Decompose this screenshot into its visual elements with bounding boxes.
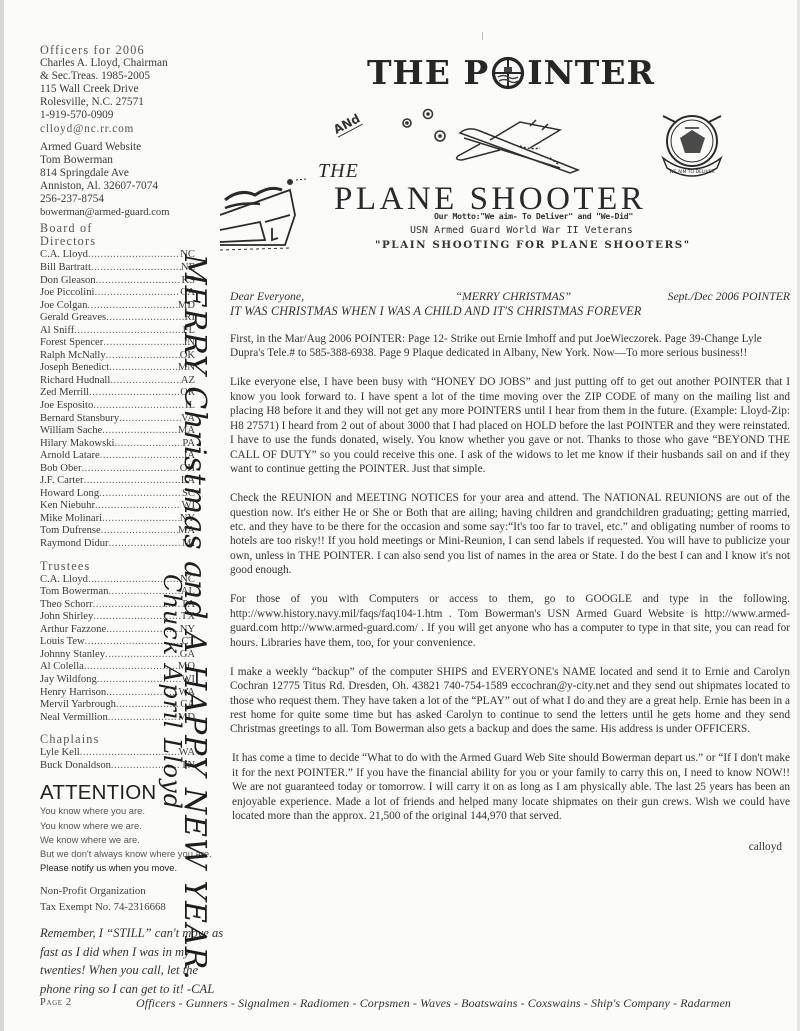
scan-mark: [482, 32, 483, 40]
plane-shooter-the: THE: [318, 160, 359, 183]
member-name: Gerald Greaves: [40, 312, 106, 325]
paragraph-corrections: First, in the Mar/Aug 2006 POINTER: Page…: [230, 332, 790, 361]
signoff: calloyd: [230, 840, 790, 854]
masthead-title: THE P INTER: [367, 53, 655, 92]
paragraph-computers: For those of you with Computers or acces…: [230, 592, 790, 650]
website-line: Armed Guard Website: [40, 141, 195, 154]
greeting: Dear Everyone,: [230, 290, 304, 304]
leader-dots: [96, 275, 182, 288]
member-name: Johnny Stanley: [40, 649, 105, 662]
website-block: Armed Guard Website Tom Bowerman 814 Spr…: [40, 141, 195, 220]
member-name: Louis Tew: [40, 636, 85, 649]
member-name: Mike Molinari: [40, 513, 102, 526]
roster-row: Howard LongSC: [40, 488, 195, 501]
roster-row: Zed MerrillOR: [40, 387, 195, 400]
member-name: Ken Niebuhr: [40, 500, 95, 513]
officer-line: 115 Wall Creek Drive: [40, 83, 195, 96]
member-name: Bernard Stansbury: [40, 413, 119, 426]
paragraph-honey-do: Like everyone else, I have been busy wit…: [230, 375, 790, 476]
greeting-row: Dear Everyone, “MERRY CHRISTMAS” Sept./D…: [230, 290, 790, 304]
roster-row: William SacheMA: [40, 425, 195, 438]
member-name: Forest Spencer: [40, 337, 103, 350]
roster-row: Ken NiebuhrWI: [40, 500, 195, 513]
roster-row: Ralph McNallyOK: [40, 350, 195, 363]
handwritten-note: MERRY Christmas and A HAPPY NEW YEAR. Ch…: [212, 254, 213, 255]
letter-subhead: IT WAS CHRISTMAS WHEN I WAS A CHILD AND …: [230, 304, 790, 319]
armed-guard-emblem-icon: WE AIM TO DELIVER: [655, 108, 730, 188]
nonprofit-block: Non-Profit Organization Tax Exempt No. 7…: [40, 884, 195, 915]
leader-dots: [106, 350, 180, 363]
leader-dots: [109, 362, 178, 375]
member-name: Buck Donaldson: [40, 760, 111, 773]
masthead-title-left: THE P: [367, 53, 489, 92]
page-number: Page 2: [40, 997, 72, 1008]
member-name: Ralph McNally: [40, 350, 106, 363]
roster-row: Raymond DidurMI: [40, 538, 195, 551]
member-name: Joe Esposito: [40, 400, 93, 413]
masthead-title-right: INTER: [527, 53, 655, 92]
roster-row: Gerald GreavesRI: [40, 312, 195, 325]
and-label: ANd: [331, 111, 363, 137]
member-name: Al Colella: [40, 661, 84, 674]
board-list: C.A. LloydNCBill BartrattNEDon GleasonKS…: [40, 249, 195, 550]
officers-block: Charles A. Lloyd, Chairman & Sec.Treas. …: [40, 57, 195, 136]
roster-row: Tom DufrenseMA: [40, 525, 195, 538]
leader-dots: [88, 249, 180, 262]
leader-dots: [100, 450, 184, 463]
member-name: Tom Dufrense: [40, 525, 101, 538]
roster-row: Joe PiccoliniCA: [40, 287, 195, 300]
member-name: Arnold Latare: [40, 450, 100, 463]
sidebar: Officers for 2006 Charles A. Lloyd, Chai…: [40, 44, 195, 998]
roster-row: Joe ColganMD: [40, 300, 195, 313]
leader-dots: [82, 463, 180, 476]
leader-dots: [101, 525, 178, 538]
leader-dots: [119, 413, 181, 426]
roster-row: Bernard StansburyVA: [40, 413, 195, 426]
leader-dots: [114, 438, 182, 451]
leader-dots: [93, 400, 185, 413]
letter-body: Dear Everyone, “MERRY CHRISTMAS” Sept./D…: [230, 290, 790, 854]
roster-row: Arnold LatareIA: [40, 450, 195, 463]
motto: Our Motto:"We aim- To Deliver" and "We-D…: [434, 211, 633, 221]
leader-dots: [102, 425, 178, 438]
member-name: Lyle Kell: [40, 747, 80, 760]
member-name: Joseph Benedict: [40, 362, 109, 375]
leader-dots: [99, 488, 182, 501]
member-name: J.F. Carter: [40, 475, 84, 488]
website-line: Anniston, Al. 32607-7074: [40, 180, 195, 193]
member-name: Henry Harrison: [40, 687, 106, 700]
leader-dots: [95, 500, 181, 513]
leader-dots: [110, 375, 181, 388]
member-name: Bill Bartratt: [40, 262, 91, 275]
leader-dots: [94, 287, 180, 300]
roster-row: Joe EspositoIL: [40, 400, 195, 413]
officer-line: Charles A. Lloyd, Chairman: [40, 57, 195, 70]
member-name: Joe Colgan: [40, 300, 87, 313]
website-email: bowerman@armed-guard.com: [40, 206, 195, 219]
roster-row: Mike MolinariNY: [40, 513, 195, 526]
member-name: Mervil Yarbrough: [40, 699, 116, 712]
member-name: C.A. Lloyd: [40, 574, 88, 587]
member-name: Zed Merrill: [40, 387, 89, 400]
leader-dots: [87, 300, 178, 313]
leader-dots: [84, 475, 181, 488]
officer-line: Rolesville, N.C. 27571: [40, 96, 195, 109]
member-name: Richard Hudnall: [40, 375, 110, 388]
member-name: William Sache: [40, 425, 102, 438]
roster-row: Al SniffFL: [40, 325, 195, 338]
paragraph-reunions: Check the REUNION and MEETING NOTICES fo…: [230, 491, 790, 578]
officer-email: clloyd@nc.rr.com: [40, 123, 195, 136]
member-name: Joe Piccolini: [40, 287, 94, 300]
member-name: Bob Ober: [40, 463, 82, 476]
roster-row: J.F. CarterLA: [40, 475, 195, 488]
roster-row: Bob OberOH: [40, 463, 195, 476]
usn-veterans-line: USN Armed Guard World War II Veterans: [410, 225, 633, 236]
member-name: Theo Schorr: [40, 599, 93, 612]
roster-row: Joseph BenedictMN: [40, 362, 195, 375]
website-phone: 256-237-8754: [40, 193, 195, 206]
leader-dots: [106, 312, 184, 325]
member-name: John Shirley: [40, 611, 93, 624]
leader-dots: [102, 513, 180, 526]
member-name: Arthur Fazzone: [40, 624, 106, 637]
paragraph-backup: I make a weekly “backup” of the computer…: [230, 665, 790, 737]
member-name: Tom Bowerman: [40, 586, 108, 599]
member-name: Raymond Didur: [40, 538, 109, 551]
ship-bow-illustration: [220, 160, 320, 260]
leader-dots: [91, 262, 181, 275]
leader-dots: [103, 337, 184, 350]
member-name: Neal Vermillion: [40, 712, 108, 725]
roster-row: Forest SpencerIN: [40, 337, 195, 350]
leader-dots: [74, 325, 182, 338]
bomber-plane-illustration: [450, 118, 595, 183]
nonprofit-label: Non-Profit Organization: [40, 884, 195, 900]
handwritten-signature: Chuck April Lloyd: [158, 574, 186, 810]
attention-line: We know where we are.: [40, 833, 195, 847]
member-name: C.A. Lloyd: [40, 249, 88, 262]
trustees-title: Trustees: [40, 560, 195, 573]
roster-row: C.A. LloydNC: [40, 249, 195, 262]
crosshair-scope-icon: [491, 56, 525, 90]
letter-title: “MERRY CHRISTMAS”: [455, 290, 571, 304]
page-edge-left: [0, 0, 4, 1031]
roster-row: Richard HudnallAZ: [40, 375, 195, 388]
leader-dots: [89, 387, 180, 400]
officer-phone: 1-919-570-0909: [40, 109, 195, 122]
member-name: Jay Wildfong: [40, 674, 97, 687]
member-name: Al Sniff: [40, 325, 74, 338]
attention-block: You know where you are. You know where w…: [40, 804, 195, 875]
slogan: "PLAIN SHOOTING FOR PLANE SHOOTERS": [375, 239, 691, 251]
member-name: Don Gleason: [40, 275, 96, 288]
svg-text:WE AIM TO DELIVER: WE AIM TO DELIVER: [669, 169, 714, 175]
issue-label: Sept./Dec 2006 POINTER: [668, 290, 790, 304]
footer-roles: Officers - Gunners - Signalmen - Radiome…: [136, 996, 731, 1011]
member-name: Hilary Makowski: [40, 438, 114, 451]
officer-line: & Sec.Treas. 1985-2005: [40, 70, 195, 83]
attention-emphasis: Please notify us when you move.: [40, 861, 195, 875]
attention-line: But we don't always know where you are.: [40, 847, 195, 861]
officers-title: Officers for 2006: [40, 44, 195, 57]
roster-row: Hilary MakowskiPA: [40, 438, 195, 451]
member-name: Howard Long: [40, 488, 99, 501]
website-line: Tom Bowerman: [40, 154, 195, 167]
board-title-2: Directors: [40, 235, 195, 248]
website-line: 814 Springdale Ave: [40, 167, 195, 180]
tax-exempt-number: Tax Exempt No. 74-2316668: [40, 900, 195, 916]
roster-row: Bill BartrattNE: [40, 262, 195, 275]
roster-row: Don GleasonKS: [40, 275, 195, 288]
attention-line: You know where we are.: [40, 819, 195, 833]
paragraph-website-future: It has come a time to decide “What to do…: [230, 751, 790, 823]
leader-dots: [109, 538, 182, 551]
